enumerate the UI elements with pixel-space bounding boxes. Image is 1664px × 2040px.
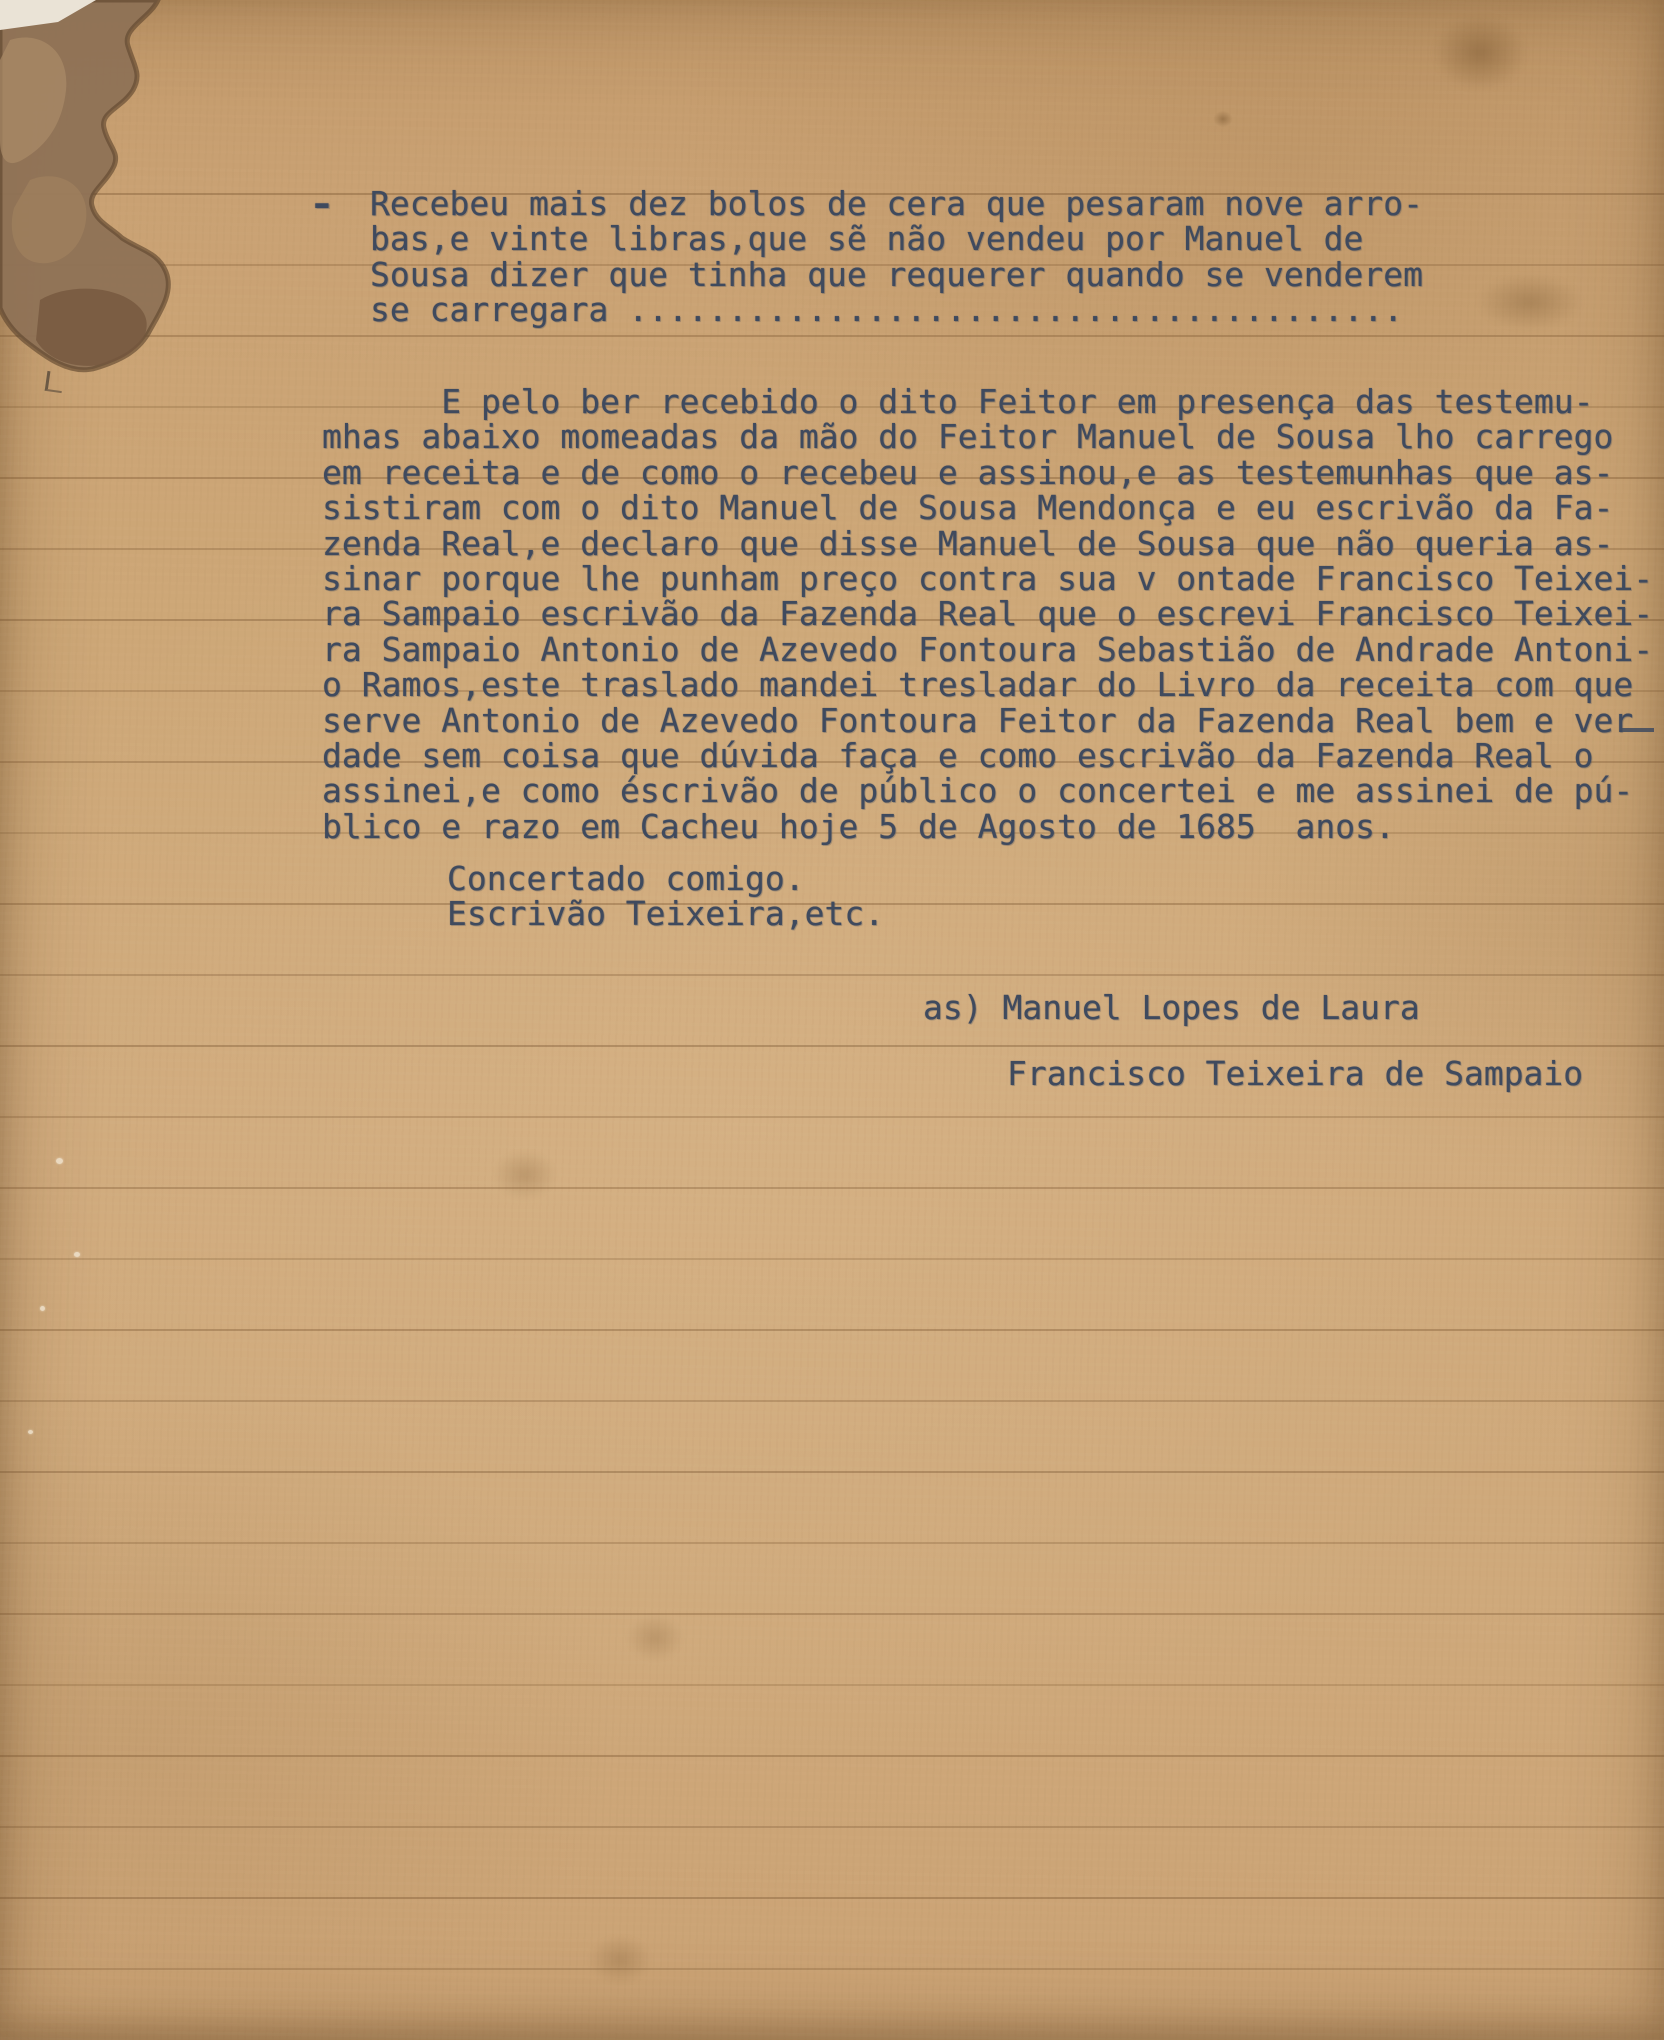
paper-speck [56,1158,63,1164]
ruled-line [0,1968,1664,1970]
ruled-line [0,1613,1664,1615]
stain [1455,262,1605,342]
certification-paragraph: E pelo ber recebido o dito Feitor em pre… [322,384,1653,844]
ruled-line [0,974,1664,976]
stain [480,1140,570,1210]
ruled-line [0,335,1664,337]
ruled-line [0,1755,1664,1757]
paper-speck [40,1306,45,1311]
ruled-line [0,1897,1664,1899]
ruled-line [0,1826,1664,1828]
ruled-line [0,1258,1664,1260]
ruled-line [0,1471,1664,1473]
closing-note: Concertado comigo. Escrivão Teixeira,etc… [447,861,884,932]
signature-line-2: Francisco Teixeira de Sampaio [1007,1056,1583,1091]
scanned-document-page: - Recebeu mais dez bolos de cera que pes… [0,0,1664,2040]
paper-speck [74,1252,80,1257]
stain [1210,108,1236,130]
stain [1415,0,1545,105]
ink-mark [45,371,65,393]
torn-corner-damage [0,0,230,410]
paper-speck [28,1430,33,1434]
ruled-line [0,1542,1664,1544]
ruled-line [0,1187,1664,1189]
stain [575,1925,665,1995]
continuation-underline [1620,728,1654,732]
ruled-line [0,1116,1664,1118]
ruled-line [0,1329,1664,1331]
entry-paragraph: Recebeu mais dez bolos de cera que pesar… [370,186,1423,328]
entry-dash-mark: - [309,186,335,221]
ruled-line [0,1400,1664,1402]
ruled-line [0,1684,1664,1686]
ruled-line [0,1045,1664,1047]
signature-line-1: as) Manuel Lopes de Laura [923,990,1420,1025]
